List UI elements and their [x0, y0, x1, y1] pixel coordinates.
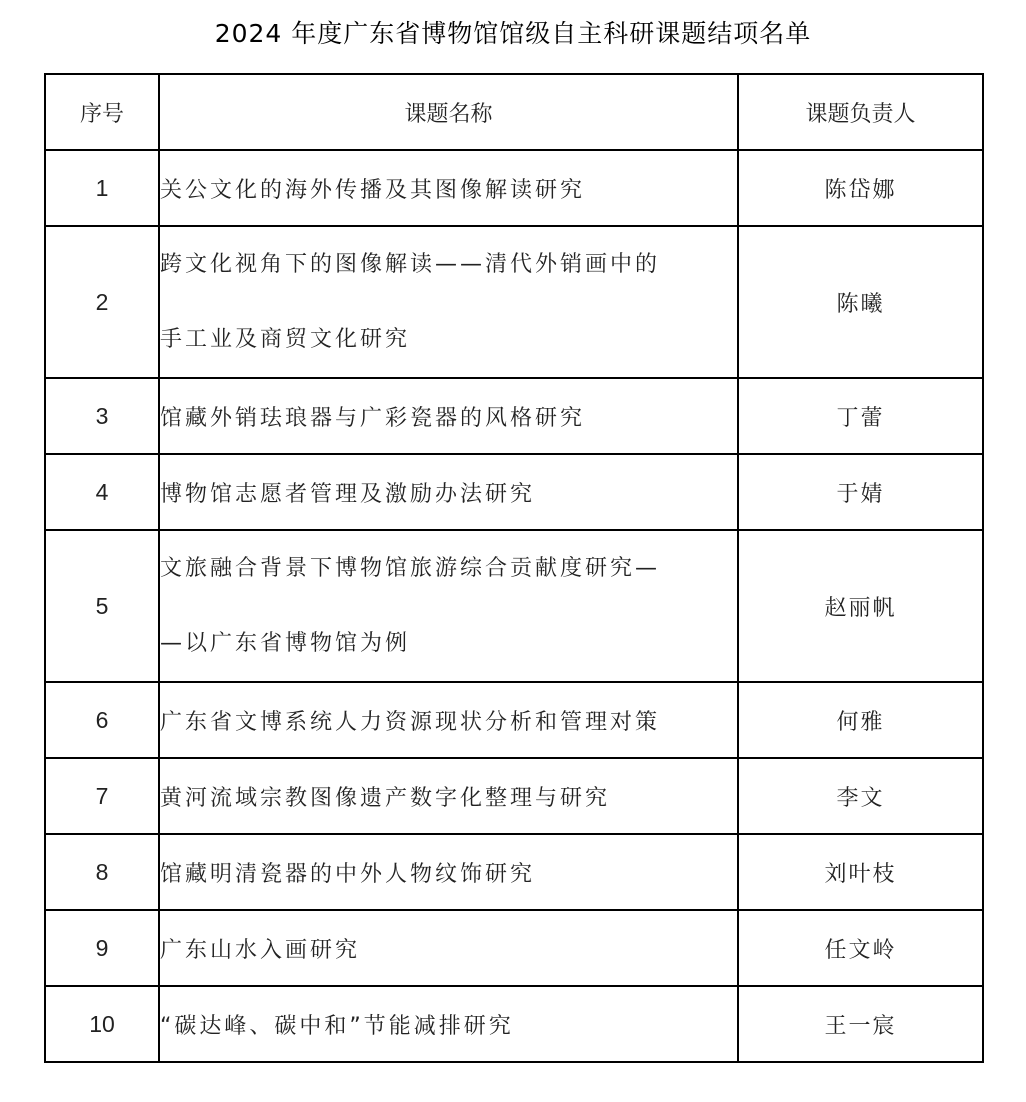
serial-number: 2 — [45, 226, 159, 378]
project-title: 广东山水入画研究 — [159, 910, 738, 986]
project-title: 广东省文博系统人力资源现状分析和管理对策 — [159, 682, 738, 758]
header-project-title: 课题名称 — [159, 74, 738, 150]
project-lead: 任文岭 — [738, 910, 983, 986]
project-title: 跨文化视角下的图像解读——清代外销画中的 手工业及商贸文化研究 — [159, 226, 738, 378]
project-title-line: 广东山水入画研究 — [160, 933, 737, 964]
project-lead: 李文 — [738, 758, 983, 834]
project-title-line: 馆藏明清瓷器的中外人物纹饰研究 — [160, 857, 737, 888]
serial-number: 1 — [45, 150, 159, 226]
project-title-line: 黄河流域宗教图像遗产数字化整理与研究 — [160, 781, 737, 812]
project-title-line: 手工业及商贸文化研究 — [160, 302, 737, 377]
serial-number: 10 — [45, 986, 159, 1062]
project-title-line: “碳达峰、碳中和”节能减排研究 — [160, 1009, 737, 1040]
project-lead: 刘叶枝 — [738, 834, 983, 910]
document-title: 2024 年度广东省博物馆馆级自主科研课题结项名单 — [0, 14, 1026, 54]
serial-number: 4 — [45, 454, 159, 530]
project-list-table: 序号 课题名称 课题负责人 1 关公文化的海外传播及其图像解读研究 陈岱娜 2 … — [44, 73, 984, 1063]
table-row: 5 文旅融合背景下博物馆旅游综合贡献度研究— —以广东省博物馆为例 赵丽帆 — [45, 530, 983, 682]
table-row: 7 黄河流域宗教图像遗产数字化整理与研究 李文 — [45, 758, 983, 834]
table-row: 9 广东山水入画研究 任文岭 — [45, 910, 983, 986]
project-lead: 陈岱娜 — [738, 150, 983, 226]
table-header-row: 序号 课题名称 课题负责人 — [45, 74, 983, 150]
table-row: 8 馆藏明清瓷器的中外人物纹饰研究 刘叶枝 — [45, 834, 983, 910]
serial-number: 7 — [45, 758, 159, 834]
project-title: 博物馆志愿者管理及激励办法研究 — [159, 454, 738, 530]
project-title-line: —以广东省博物馆为例 — [160, 606, 737, 681]
project-lead: 王一宸 — [738, 986, 983, 1062]
project-title-line: 馆藏外销珐琅器与广彩瓷器的风格研究 — [160, 401, 737, 432]
serial-number: 9 — [45, 910, 159, 986]
project-lead: 陈曦 — [738, 226, 983, 378]
project-lead: 赵丽帆 — [738, 530, 983, 682]
header-serial-number: 序号 — [45, 74, 159, 150]
header-project-lead: 课题负责人 — [738, 74, 983, 150]
project-title-line: 跨文化视角下的图像解读——清代外销画中的 — [160, 227, 737, 302]
project-title: 馆藏明清瓷器的中外人物纹饰研究 — [159, 834, 738, 910]
table-row: 10 “碳达峰、碳中和”节能减排研究 王一宸 — [45, 986, 983, 1062]
project-lead: 于婧 — [738, 454, 983, 530]
project-title-line: 文旅融合背景下博物馆旅游综合贡献度研究— — [160, 531, 737, 606]
project-lead: 丁蕾 — [738, 378, 983, 454]
serial-number: 3 — [45, 378, 159, 454]
project-title-line: 广东省文博系统人力资源现状分析和管理对策 — [160, 705, 737, 736]
table-row: 6 广东省文博系统人力资源现状分析和管理对策 何雅 — [45, 682, 983, 758]
project-title-line: 博物馆志愿者管理及激励办法研究 — [160, 477, 737, 508]
project-title: 关公文化的海外传播及其图像解读研究 — [159, 150, 738, 226]
serial-number: 8 — [45, 834, 159, 910]
project-title: 文旅融合背景下博物馆旅游综合贡献度研究— —以广东省博物馆为例 — [159, 530, 738, 682]
table-row: 3 馆藏外销珐琅器与广彩瓷器的风格研究 丁蕾 — [45, 378, 983, 454]
table-row: 4 博物馆志愿者管理及激励办法研究 于婧 — [45, 454, 983, 530]
project-title: 馆藏外销珐琅器与广彩瓷器的风格研究 — [159, 378, 738, 454]
project-title: 黄河流域宗教图像遗产数字化整理与研究 — [159, 758, 738, 834]
serial-number: 5 — [45, 530, 159, 682]
project-title-line: 关公文化的海外传播及其图像解读研究 — [160, 173, 737, 204]
table-row: 1 关公文化的海外传播及其图像解读研究 陈岱娜 — [45, 150, 983, 226]
project-title: “碳达峰、碳中和”节能减排研究 — [159, 986, 738, 1062]
serial-number: 6 — [45, 682, 159, 758]
project-lead: 何雅 — [738, 682, 983, 758]
table-row: 2 跨文化视角下的图像解读——清代外销画中的 手工业及商贸文化研究 陈曦 — [45, 226, 983, 378]
